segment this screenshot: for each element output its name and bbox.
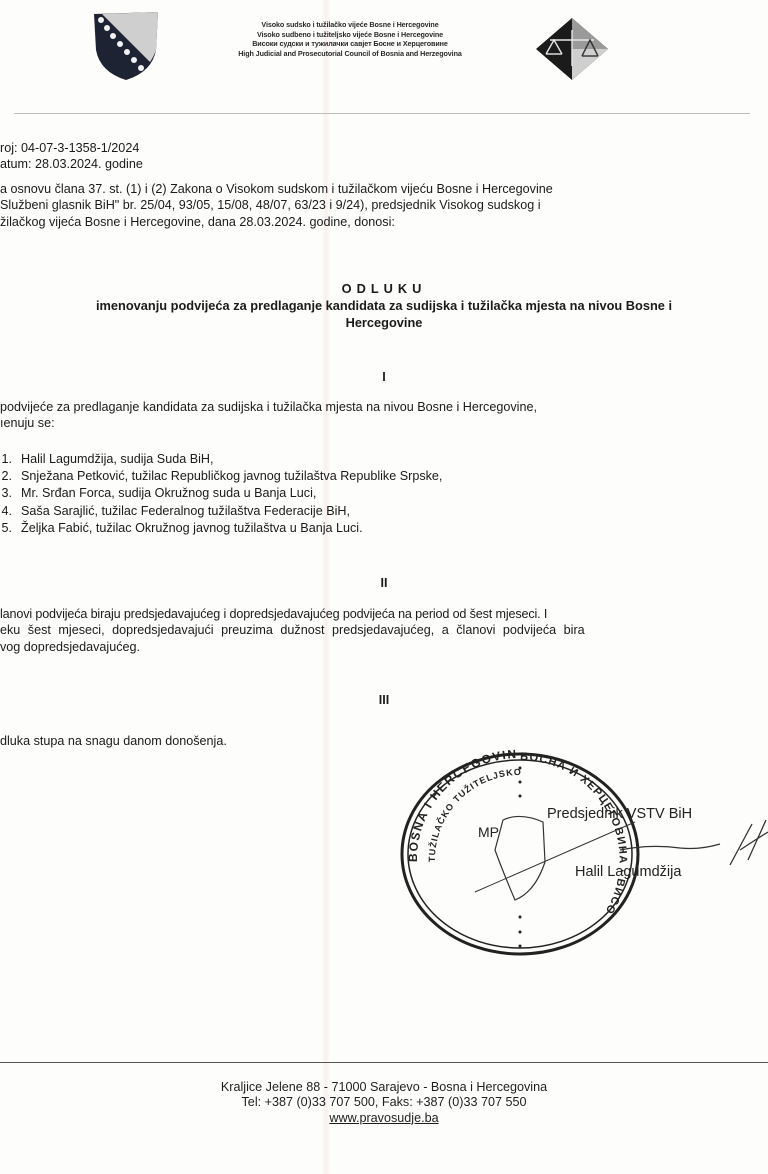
list-number: 5. xyxy=(0,520,12,537)
section-1-intro: podvijeće za predlaganje kandidata za su… xyxy=(0,399,537,432)
reference-date: atum: 28.03.2024. godine xyxy=(0,156,143,172)
decision-title: ODLUKU xyxy=(0,281,768,296)
member-list: 1.Halil Lagumdžija, sudija Suda BiH, 2.S… xyxy=(0,451,442,537)
reference-number: roj: 04-07-3-1358-1/2024 xyxy=(0,140,143,156)
preamble: a osnovu člana 37. st. (1) i (2) Zakona … xyxy=(0,181,768,230)
document-page: Visoko sudsko i tužilačko vijeće Bosne i… xyxy=(0,0,768,1174)
footer-phone: Tel: +387 (0)33 707 500, Faks: +387 (0)3… xyxy=(0,1095,768,1110)
list-item: 4.Saša Sarajlić, tužilac Federalnog tuži… xyxy=(0,503,442,520)
section-2-text: lanovi podvijeća biraju predsjedavajućeg… xyxy=(0,606,585,655)
section-1-intro-line: ıenuju se: xyxy=(0,415,537,431)
member-entry: Snježana Petković, tužilac Republičkog j… xyxy=(21,469,442,483)
section-number-2: II xyxy=(0,576,768,590)
seal-label: MP xyxy=(478,824,499,840)
footer: Kraljice Jelene 88 - 71000 Sarajevo - Bo… xyxy=(0,1080,768,1126)
institution-name-english: High Judicial and Prosecutorial Council … xyxy=(190,49,510,59)
decision-subtitle-line: imenovanju podvijeća za predlaganje kand… xyxy=(0,297,768,314)
decision-subtitle: imenovanju podvijeća za predlaganje kand… xyxy=(0,297,768,331)
section-number-1: I xyxy=(0,370,768,384)
section-1-intro-line: podvijeće za predlaganje kandidata za su… xyxy=(0,399,537,415)
institution-name-serbian: Високи судски и тужилачки савјет Босне и… xyxy=(190,39,510,49)
section-2-line: eku šest mjeseci, dopredsjedavajući preu… xyxy=(0,622,585,638)
section-2-line: vog dopredsjedavajućeg. xyxy=(0,639,585,655)
header-divider xyxy=(14,113,750,114)
member-entry: Željka Fabić, tužilac Okružnog javnog tu… xyxy=(21,521,363,535)
list-item: 5.Željka Fabić, tužilac Okružnog javnog … xyxy=(0,520,442,537)
member-entry: Mr. Srđan Forca, sudija Okružnog suda u … xyxy=(21,486,316,500)
handwritten-signature-icon xyxy=(600,810,768,870)
institution-name-croatian: Visoko sudbeno i tužiteljsko vijeće Bosn… xyxy=(190,30,510,40)
preamble-line: žilačkog vijeća Bosne i Hercegovine, dan… xyxy=(0,214,768,230)
list-number: 4. xyxy=(0,503,12,520)
footer-address: Kraljice Jelene 88 - 71000 Sarajevo - Bo… xyxy=(0,1080,768,1095)
coat-of-arms-icon xyxy=(92,10,160,82)
scales-of-justice-icon xyxy=(534,16,610,82)
preamble-line: a osnovu člana 37. st. (1) i (2) Zakona … xyxy=(0,181,768,197)
list-item: 2.Snježana Petković, tužilac Republičkog… xyxy=(0,468,442,485)
footer-website-link[interactable]: www.pravosudje.ba xyxy=(329,1111,438,1125)
decision-subtitle-line: Hercegovine xyxy=(0,314,768,331)
section-2-line: lanovi podvijeća biraju predsjedavajućeg… xyxy=(0,606,585,622)
member-entry: Halil Lagumdžija, sudija Suda BiH, xyxy=(21,452,214,466)
list-item: 3.Mr. Srđan Forca, sudija Okružnog suda … xyxy=(0,485,442,502)
reference-block: roj: 04-07-3-1358-1/2024 atum: 28.03.202… xyxy=(0,140,143,173)
list-item: 1.Halil Lagumdžija, sudija Suda BiH, xyxy=(0,451,442,468)
footer-divider xyxy=(0,1062,768,1063)
member-entry: Saša Sarajlić, tužilac Federalnog tužila… xyxy=(21,504,350,518)
section-number-3: III xyxy=(0,693,768,707)
institution-name-bosnian: Visoko sudsko i tužilačko vijeće Bosne i… xyxy=(190,20,510,30)
list-number: 2. xyxy=(0,468,12,485)
preamble-line: Službeni glasnik BiH" br. 25/04, 93/05, … xyxy=(0,197,768,213)
section-3-text: dluka stupa na snagu danom donošenja. xyxy=(0,733,227,749)
list-number: 3. xyxy=(0,485,12,502)
list-number: 1. xyxy=(0,451,12,468)
institution-name: Visoko sudsko i tužilačko vijeće Bosne i… xyxy=(190,20,510,58)
